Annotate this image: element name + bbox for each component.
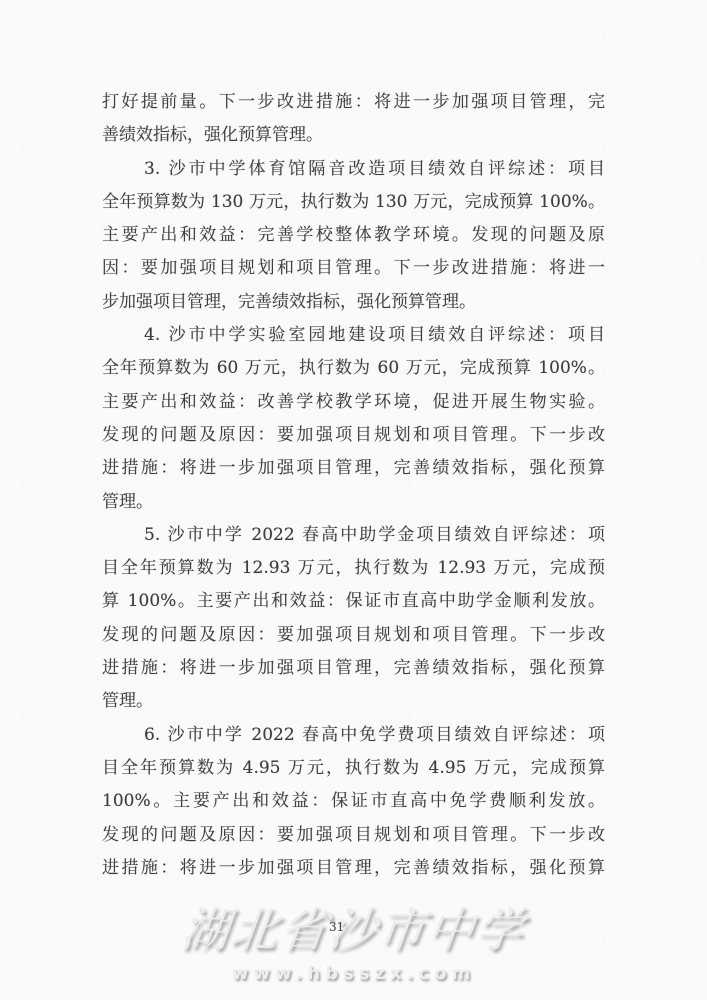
text-line: 全年预算数为 60 万元，执行数为 60 万元，完成预算 100%。 [102,352,605,385]
document-body-text: 打好提前量。下一步改进措施：将进一步加强项目管理，完 善绩效指标，强化预算管理。… [102,86,605,885]
text-line: 全年预算数为 130 万元，执行数为 130 万元，完成预算 100%。 [102,186,605,219]
text-line: 进措施：将进一步加强项目管理，完善绩效指标，强化预算 [102,652,605,685]
text-line: 步加强项目管理，完善绩效指标，强化预算管理。 [102,286,605,319]
text-line: 目全年预算数为 4.95 万元，执行数为 4.95 万元，完成预算 [102,752,605,785]
text-line: 管理。 [102,486,605,519]
text-line: 算 100%。主要产出和效益：保证市直高中助学金顺利发放。 [102,585,605,618]
text-line: 进措施：将进一步加强项目管理，完善绩效指标，强化预算 [102,452,605,485]
page-number: 31 [329,920,344,934]
text-line: 打好提前量。下一步改进措施：将进一步加强项目管理，完 [102,86,605,119]
text-line: 发现的问题及原因：要加强项目规划和项目管理。下一步改 [102,619,605,652]
watermark: 湖北省沙市中学 www.hbsszx.com [0,903,707,985]
watermark-website-url: www.hbsszx.com [0,963,707,985]
text-line-item-5-heading: 5. 沙市中学 2022 春高中助学金项目绩效自评综述：项 [102,519,605,552]
text-line: 主要产出和效益：完善学校整体教学环境。发现的问题及原 [102,219,605,252]
text-line: 管理。 [102,685,605,718]
text-line: 100%。主要产出和效益：保证市直高中免学费顺利发放。 [102,785,605,818]
text-line-item-4-heading: 4. 沙市中学实验室园地建设项目绩效自评综述：项目 [102,319,605,352]
text-line-item-3-heading: 3. 沙市中学体育馆隔音改造项目绩效自评综述：项目 [102,153,605,186]
text-line: 善绩效指标，强化预算管理。 [102,119,605,152]
text-line: 发现的问题及原因：要加强项目规划和项目管理。下一步改 [102,819,605,852]
text-line: 进措施：将进一步加强项目管理，完善绩效指标，强化预算 [102,852,605,885]
text-line: 主要产出和效益：改善学校教学环境，促进开展生物实验。 [102,386,605,419]
text-line-item-6-heading: 6. 沙市中学 2022 春高中免学费项目绩效自评综述：项 [102,719,605,752]
scanned-document-page: 打好提前量。下一步改进措施：将进一步加强项目管理，完 善绩效指标，强化预算管理。… [0,0,707,1000]
watermark-school-name: 湖北省沙市中学 [0,903,707,959]
text-line: 目全年预算数为 12.93 万元，执行数为 12.93 万元，完成预 [102,552,605,585]
text-line: 发现的问题及原因：要加强项目规划和项目管理。下一步改 [102,419,605,452]
text-line: 因：要加强项目规划和项目管理。下一步改进措施：将进一 [102,252,605,285]
